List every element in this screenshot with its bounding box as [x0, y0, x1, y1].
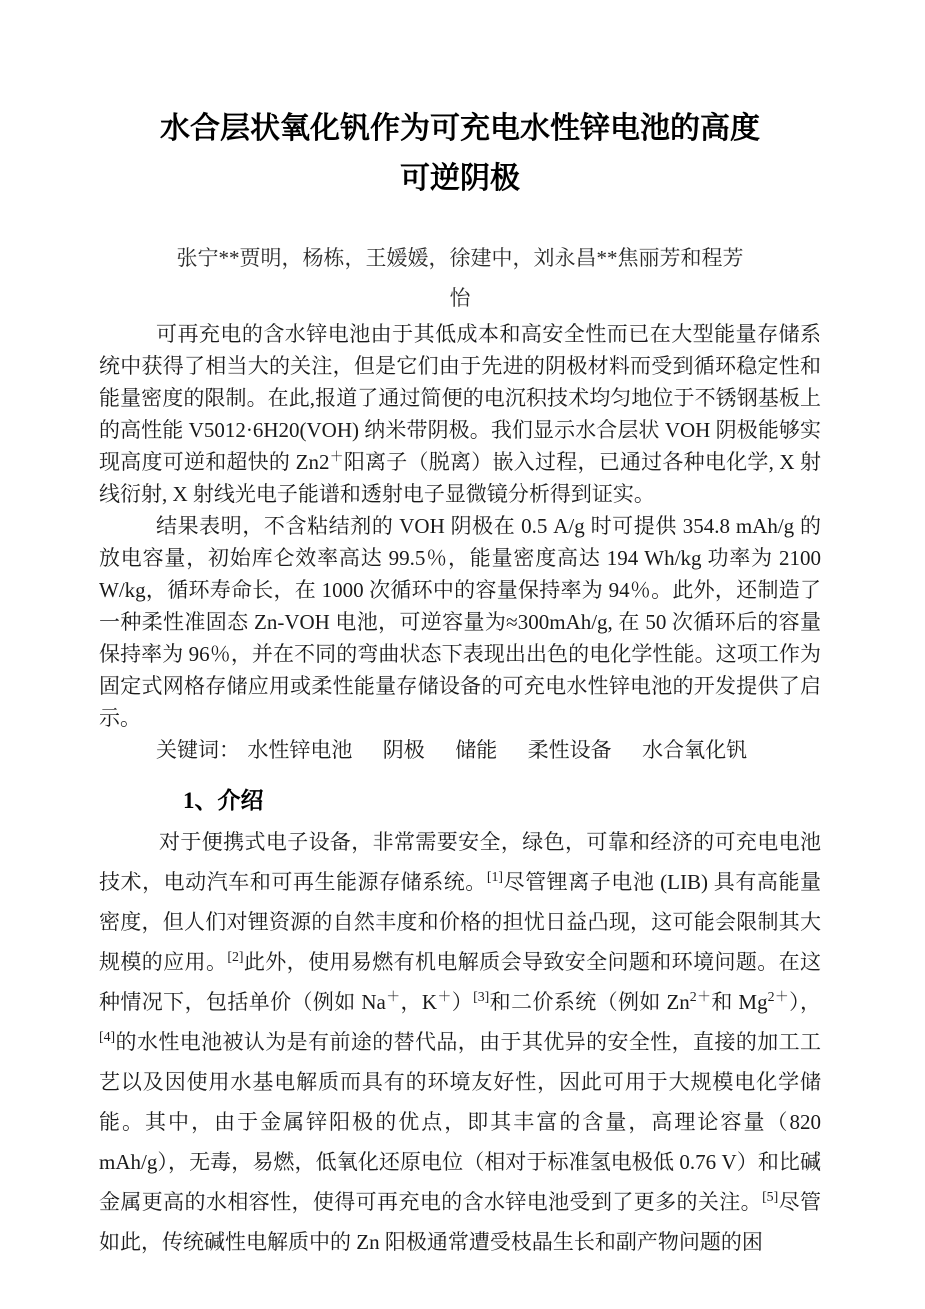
citation-ref-1: [1]: [487, 869, 503, 884]
keyword-item: 水性锌电池: [247, 738, 352, 762]
text-segment: ，K: [400, 990, 437, 1014]
text-segment: 和二价系统（例如 Zn: [489, 990, 690, 1014]
citation-ref-5: [5]: [762, 1189, 778, 1204]
keyword-item: 水合氧化钒: [642, 738, 747, 762]
keyword-item: 阴极: [383, 738, 425, 762]
paper-title-line-1: 水合层状氧化钒作为可充电水性锌电池的高度: [99, 104, 821, 154]
text-segment: ）: [452, 990, 473, 1014]
keywords-items: 水性锌电池阴极储能柔性设备水合氧化钒: [240, 738, 747, 762]
section-heading-introduction: 1、介绍: [99, 786, 821, 816]
document-page: 水合层状氧化钒作为可充电水性锌电池的高度 可逆阴极 张宁**贾明，杨栋，王媛媛，…: [0, 0, 925, 1309]
introduction-paragraph: 对于便携式电子设备，非常需要安全，绿色，可靠和经济的可充电电池技术，电动汽车和可…: [99, 822, 821, 1262]
ion-charge-superscript: ＋: [329, 449, 343, 464]
citation-ref-2: [2]: [227, 949, 243, 964]
ion-charge-superscript: ＋: [437, 989, 452, 1004]
author-list-line-2: 怡: [99, 278, 821, 318]
ion-charge-superscript: 2＋: [690, 989, 712, 1004]
text-segment: 的水性电池被认为是有前途的替代品，由于其优异的安全性，直接的加工工艺以及因使用水…: [99, 1030, 821, 1214]
paper-title-line-2: 可逆阴极: [99, 154, 821, 204]
citation-ref-3: [3]: [473, 989, 489, 1004]
ion-charge-superscript: ＋: [386, 989, 401, 1004]
paper-title: 水合层状氧化钒作为可充电水性锌电池的高度 可逆阴极: [99, 104, 821, 204]
author-list-line-1: 张宁**贾明，杨栋，王媛媛，徐建中，刘永昌**焦丽芳和程芳: [99, 238, 821, 278]
citation-ref-4: [4]: [99, 1029, 115, 1044]
text-segment: ），: [789, 990, 821, 1014]
abstract-paragraph-1: 可再充电的含水锌电池由于其低成本和高安全性而已在大型能量存储系统中获得了相当大的…: [99, 318, 821, 510]
keywords-label: 关键词：: [156, 738, 240, 762]
abstract-paragraph-2: 结果表明，不含粘结剂的 VOH 阴极在 0.5 A/g 时可提供 354.8 m…: [99, 510, 821, 734]
keyword-item: 柔性设备: [528, 738, 612, 762]
author-list: 张宁**贾明，杨栋，王媛媛，徐建中，刘永昌**焦丽芳和程芳 怡: [99, 238, 821, 318]
text-segment: 和 Mg: [711, 990, 767, 1014]
ion-charge-superscript: 2＋: [768, 989, 790, 1004]
keyword-item: 储能: [455, 738, 497, 762]
keywords-line: 关键词：水性锌电池阴极储能柔性设备水合氧化钒: [99, 734, 821, 766]
